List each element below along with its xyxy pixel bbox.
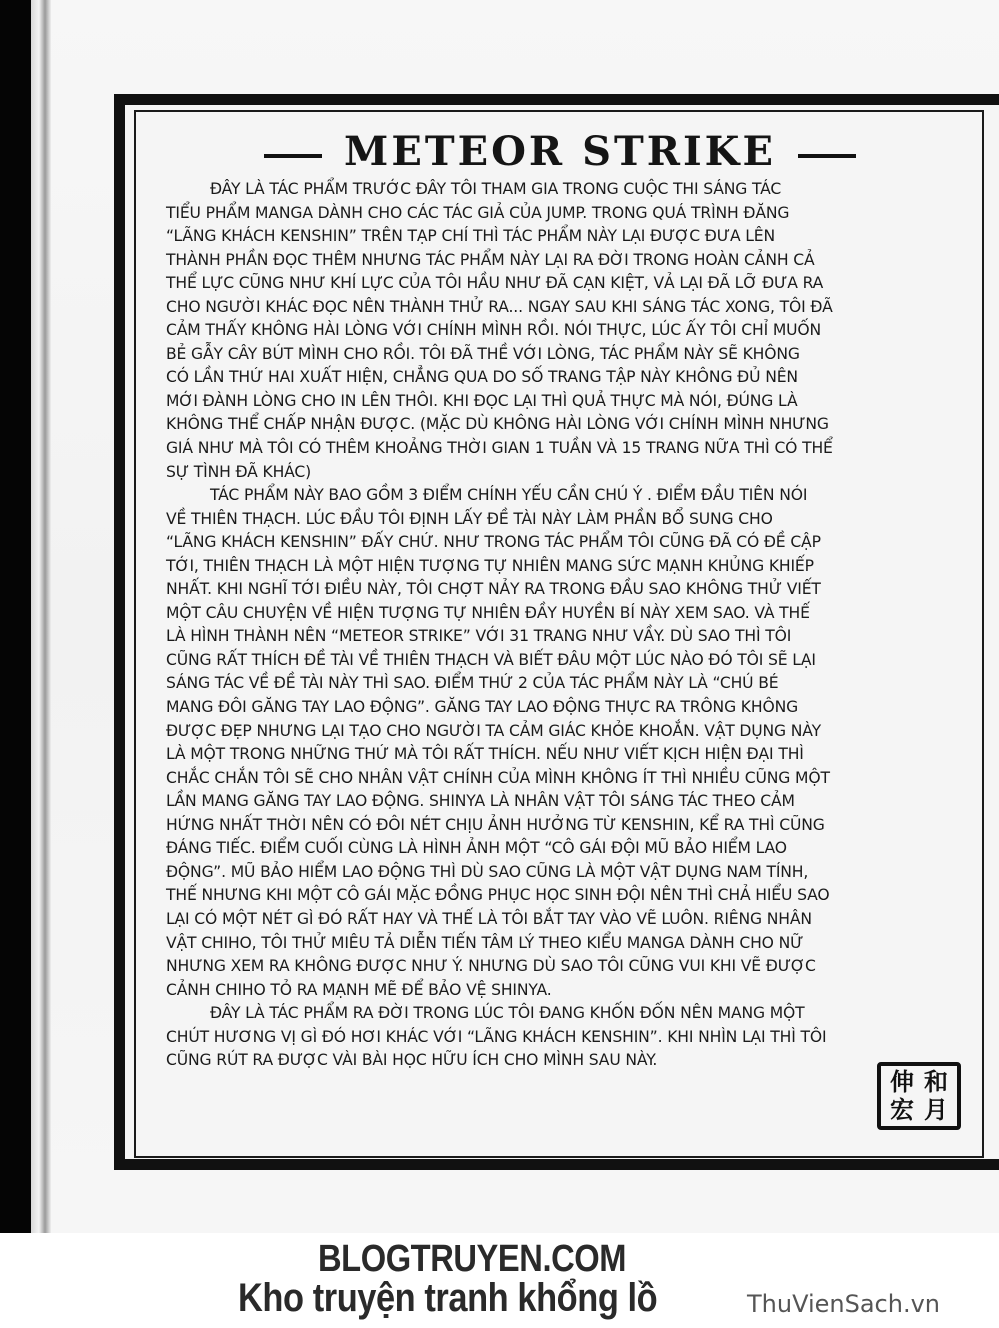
text-line: SỰ TÌNH ĐÃ KHÁC)	[166, 461, 966, 485]
text-line: TỚI, THIÊN THẠCH LÀ MỘT HIỆN TƯỢNG TỰ NH…	[166, 555, 966, 579]
title-dash-right	[798, 154, 856, 158]
text-line: “LÃNG KHÁCH KENSHIN” TRÊN TẠP CHÍ THÌ TÁ…	[166, 225, 966, 249]
text-line: ĐƯỢC ĐẸP NHƯNG LẠI TẠO CHO NGƯỜI TA CẢM …	[166, 720, 966, 744]
text-line: CẢM THẤY KHÔNG HÀI LÒNG VỚI CHÍNH MÌNH R…	[166, 319, 966, 343]
seal-char: 宏	[890, 1098, 914, 1122]
text-line: MỘT CÂU CHUYỆN VỀ HIỆN TƯỢNG TỰ NHIÊN ĐẦ…	[166, 602, 966, 626]
title-dash-left	[264, 154, 322, 158]
page-title: METEOR STRIKE	[140, 124, 980, 178]
watermark-site: BLOGTRUYEN.COM	[318, 1238, 626, 1281]
text-line: LÀ MỘT TRONG NHỮNG THỨ MÀ TÔI RẤT THÍCH.…	[166, 743, 966, 767]
text-line: GIÁ NHƯ MÀ TÔI CÓ THÊM KHOẢNG THỜI GIAN …	[166, 437, 966, 461]
text-line: CHẮC CHẮN TÔI SẼ CHO NHÂN VẬT CHÍNH CỦA …	[166, 767, 966, 791]
book-spine-shadow	[0, 0, 31, 1233]
text-line: LẦN MANG GĂNG TAY LAO ĐỘNG. SHINYA LÀ NH…	[166, 790, 966, 814]
seal-char: 和	[924, 1070, 948, 1094]
watermark-source: ThuVienSach.vn	[747, 1290, 940, 1318]
title-text: METEOR STRIKE	[344, 128, 776, 175]
page-gutter	[31, 0, 51, 1233]
text-line: VẬT CHIHO, TÔI THỬ MIÊU TẢ DIỄN TIẾN TÂM…	[166, 932, 966, 956]
text-line: BẺ GẪY CÂY BÚT MÌNH CHO RỒI. TÔI ĐÃ THỀ …	[166, 343, 966, 367]
text-line: THÀNH PHẦN ĐỌC THÊM NHƯNG TÁC PHẨM NÀY L…	[166, 249, 966, 273]
text-line: THỂ LỰC CŨNG NHƯ KHÍ LỰC CỦA TÔI HẦU NHƯ…	[166, 272, 966, 296]
text-line: LẠI CÓ MỘT NÉT GÌ ĐÓ RẤT HAY VÀ THẾ LÀ T…	[166, 908, 966, 932]
watermark-slogan: Kho truyện tranh khổng lồ	[238, 1276, 657, 1321]
text-line: VỀ THIÊN THẠCH. LÚC ĐẦU TÔI ĐỊNH LẤY ĐỀ …	[166, 508, 966, 532]
author-seal-stamp: 伸 和 宏 月	[877, 1062, 961, 1130]
seal-char: 月	[924, 1098, 948, 1122]
afterword-body: ĐÂY LÀ TÁC PHẨM TRƯỚC ĐÂY TÔI THAM GIA T…	[166, 178, 966, 1073]
text-line: CŨNG RÚT RA ĐƯỢC VÀI BÀI HỌC HỮU ÍCH CHO…	[166, 1049, 966, 1073]
text-line: TIỂU PHẨM MANGA DÀNH CHO CÁC TÁC GIẢ CỦA…	[166, 202, 966, 226]
text-line: “LÃNG KHÁCH KENSHIN” ĐẤY CHỨ. NHƯ TRONG …	[166, 531, 966, 555]
text-line: THẾ NHƯNG KHI MỘT CÔ GÁI MẶC ĐỒNG PHỤC H…	[166, 884, 966, 908]
text-line: MANG ĐÔI GĂNG TAY LAO ĐỘNG”. GĂNG TAY LA…	[166, 696, 966, 720]
text-line: CẢNH CHIHO TỎ RA MẠNH MẼ ĐỂ BẢO VỆ SHINY…	[166, 979, 966, 1003]
text-line: MỚI ĐÀNH LÒNG CHO IN LÊN THÔI. KHI ĐỌC L…	[166, 390, 966, 414]
text-line: CŨNG RẤT THÍCH ĐỀ TÀI VỀ THIÊN THẠCH VÀ …	[166, 649, 966, 673]
text-line: CÓ LẦN THỨ HAI XUẤT HIỆN, CHẲNG QUA DO S…	[166, 366, 966, 390]
text-line: KHÔNG THỂ CHẤP NHẬN ĐƯỢC. (MẶC DÙ KHÔNG …	[166, 413, 966, 437]
paragraph-first-line: ĐÂY LÀ TÁC PHẨM RA ĐỜI TRONG LÚC TÔI ĐAN…	[166, 1002, 966, 1026]
text-line: HỨNG NHẤT THỜI NÊN CÓ ĐÔI NÉT CHỊU ẢNH H…	[166, 814, 966, 838]
text-line: CHO NGƯỜI KHÁC ĐỌC NÊN THÀNH THỬ RA... N…	[166, 296, 966, 320]
paragraph-first-line: TÁC PHẨM NÀY BAO GỒM 3 ĐIỂM CHÍNH YẾU CẦ…	[166, 484, 966, 508]
text-line: LÀ HÌNH THÀNH NÊN “METEOR STRIKE” VỚI 31…	[166, 625, 966, 649]
text-line: CHÚT HƯƠNG VỊ GÌ ĐÓ HƠI KHÁC VỚI “LÃNG K…	[166, 1026, 966, 1050]
text-line: SÁNG TÁC VỀ ĐỀ TÀI NÀY THÌ SAO. ĐIỂM THỨ…	[166, 672, 966, 696]
text-line: ĐÁNG TIẾC. ĐIỂM CUỐI CÙNG LÀ HÌNH ẢNH MỘ…	[166, 837, 966, 861]
text-line: NHƯNG XEM RA KHÔNG ĐƯỢC NHƯ Ý. NHƯNG DÙ …	[166, 955, 966, 979]
text-line: NHẤT. KHI NGHĨ TỚI ĐIỀU NÀY, TÔI CHỢT NẢ…	[166, 578, 966, 602]
text-line: ĐỘNG”. MŨ BẢO HIỂM LAO ĐỘNG THÌ DÙ SAO C…	[166, 861, 966, 885]
seal-char: 伸	[890, 1070, 914, 1094]
paragraph-first-line: ĐÂY LÀ TÁC PHẨM TRƯỚC ĐÂY TÔI THAM GIA T…	[166, 178, 966, 202]
